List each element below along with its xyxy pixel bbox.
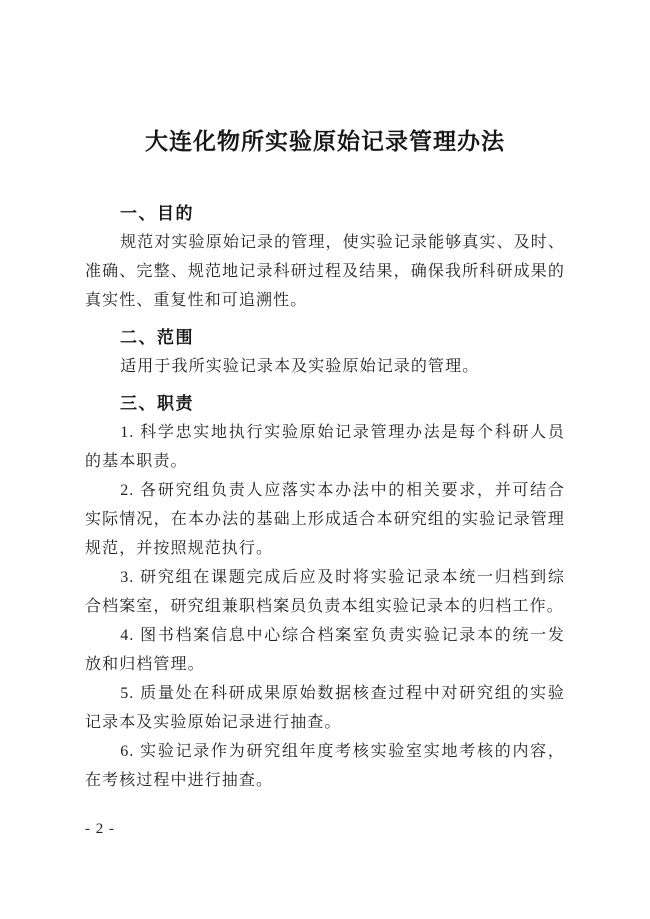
paragraph-item-5: 5. 质量处在科研成果原始数据核查过程中对研究组的实验记录本及实验原始记录进行抽… (85, 679, 565, 737)
paragraph: 适用于我所实验记录本及实验原始记录的管理。 (85, 352, 565, 381)
paragraph: 规范对实验原始记录的管理，使实验记录能够真实、及时、准确、完整、规范地记录科研过… (85, 228, 565, 315)
document-content: 大连化物所实验原始记录管理办法 一、目的 规范对实验原始记录的管理，使实验记录能… (85, 124, 565, 795)
section-heading-purpose: 一、目的 (85, 199, 565, 228)
section-purpose: 一、目的 规范对实验原始记录的管理，使实验记录能够真实、及时、准确、完整、规范地… (85, 199, 565, 315)
paragraph-item-3: 3. 研究组在课题完成后应及时将实验记录本统一归档到综合档案室，研究组兼职档案员… (85, 563, 565, 621)
paragraph-item-4: 4. 图书档案信息中心综合档案室负责实验记录本的统一发放和归档管理。 (85, 621, 565, 679)
paragraph-item-2: 2. 各研究组负责人应落实本办法中的相关要求，并可结合实际情况，在本办法的基础上… (85, 476, 565, 563)
section-heading-scope: 二、范围 (85, 323, 565, 352)
section-scope: 二、范围 适用于我所实验记录本及实验原始记录的管理。 (85, 323, 565, 381)
section-heading-responsibilities: 三、职责 (85, 389, 565, 418)
paragraph-item-1: 1. 科学忠实地执行实验原始记录管理办法是每个科研人员的基本职责。 (85, 418, 565, 476)
document-page: 大连化物所实验原始记录管理办法 一、目的 规范对实验原始记录的管理，使实验记录能… (0, 0, 650, 919)
paragraph-item-6: 6. 实验记录作为研究组年度考核实验室实地考核的内容，在考核过程中进行抽查。 (85, 737, 565, 795)
page-number: - 2 - (85, 819, 115, 839)
document-title: 大连化物所实验原始记录管理办法 (85, 124, 565, 158)
section-responsibilities: 三、职责 1. 科学忠实地执行实验原始记录管理办法是每个科研人员的基本职责。 2… (85, 389, 565, 795)
